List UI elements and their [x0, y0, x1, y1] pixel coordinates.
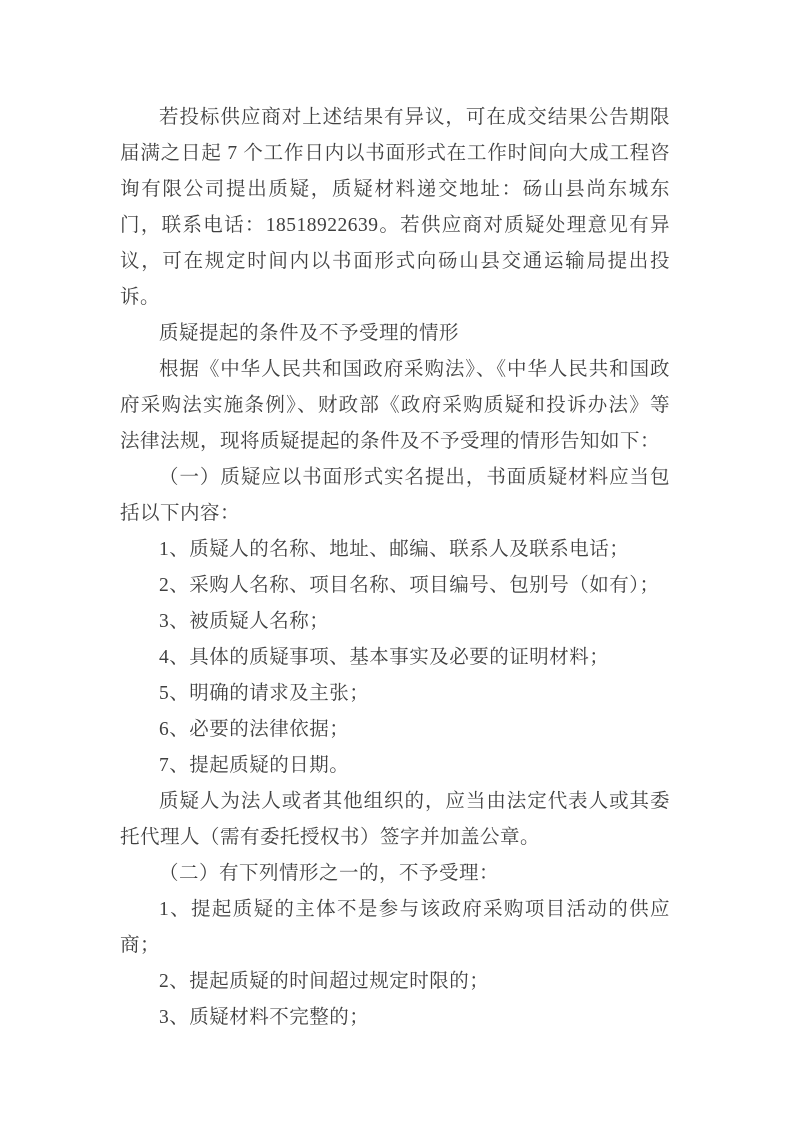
list-item-7: 7、提起质疑的日期。 [120, 748, 670, 784]
rejection-item-2: 2、提起质疑的时间超过规定时限的； [120, 964, 670, 1000]
paragraph-legal-person-note: 质疑人为法人或者其他组织的，应当由法定代表人或其委托代理人（需有委托授权书）签字… [120, 784, 670, 856]
rejection-item-3: 3、质疑材料不完整的； [120, 1000, 670, 1036]
list-item-4: 4、具体的质疑事项、基本事实及必要的证明材料； [120, 640, 670, 676]
paragraph-legal-basis: 根据《中华人民共和国政府采购法》、《中华人民共和国政府采购法实施条例》、财政部《… [120, 352, 670, 460]
paragraph-condition-one: （一）质疑应以书面形式实名提出，书面质疑材料应当包括以下内容： [120, 460, 670, 532]
paragraph-condition-two: （二）有下列情形之一的，不予受理： [120, 856, 670, 892]
list-item-3: 3、被质疑人名称； [120, 604, 670, 640]
list-item-2: 2、采购人名称、项目名称、项目编号、包别号（如有）； [120, 568, 670, 604]
paragraph-dispute-notice: 若投标供应商对上述结果有异议，可在成交结果公告期限届满之日起 7 个工作日内以书… [120, 100, 670, 316]
list-item-1: 1、质疑人的名称、地址、邮编、联系人及联系电话； [120, 532, 670, 568]
list-item-6: 6、必要的法律依据； [120, 712, 670, 748]
paragraph-section-heading: 质疑提起的条件及不予受理的情形 [120, 316, 670, 352]
rejection-item-1: 1、提起质疑的主体不是参与该政府采购项目活动的供应商； [120, 892, 670, 964]
document-page: 若投标供应商对上述结果有异议，可在成交结果公告期限届满之日起 7 个工作日内以书… [0, 0, 793, 1122]
document-text-block: 若投标供应商对上述结果有异议，可在成交结果公告期限届满之日起 7 个工作日内以书… [120, 100, 670, 1036]
list-item-5: 5、明确的请求及主张； [120, 676, 670, 712]
